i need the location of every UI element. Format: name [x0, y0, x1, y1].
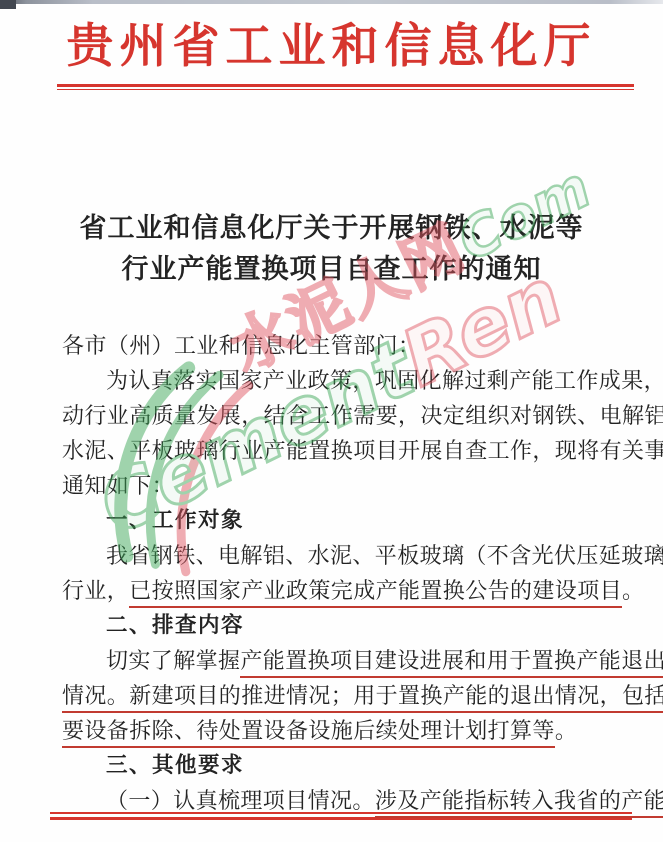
section3-line1: （一）认真梳理项目情况。涉及产能指标转入我省的产能置: [62, 783, 604, 818]
underlined-text: 已按照国家产业政策完成产能置换公告的建设项目: [129, 578, 622, 608]
scan-top-left-corner: [0, 0, 16, 9]
section2-line2: 情况。新建项目的推进情况；用于置换产能的退出情况，包括主: [62, 678, 604, 713]
underlined-text: 要设备拆除、待处置设备设施后续处理计划打算等: [62, 718, 555, 748]
divider-thin-line: [57, 89, 634, 90]
section-1-heading: 一、工作对象: [62, 503, 604, 538]
paragraph1-line4: 通知如下：: [62, 468, 604, 503]
section2-line3: 要设备拆除、待处置设备设施后续处理计划打算等。: [62, 713, 604, 748]
paragraph1-line3: 水泥、平板玻璃行业产能置换项目开展自查工作，现将有关事项: [62, 433, 604, 468]
document-title: 省工业和信息化厅关于开展钢铁、水泥等 行业产能置换项目自查工作的通知: [0, 208, 663, 290]
letterhead-divider: [57, 84, 634, 90]
underlined-text: 产能置换项目建设进展和用于置换产能退出: [240, 648, 663, 678]
document-body: 各市（州）工业和信息化主管部门： 为认真落实国家产业政策，巩固化解过剩产能工作成…: [62, 328, 604, 818]
paragraph1-line2: 动行业高质量发展，结合工作需要，决定组织对钢铁、电解铝、: [62, 398, 604, 433]
underlined-text: 涉及产能指标转入我省的产能置: [375, 788, 663, 818]
salutation-line: 各市（州）工业和信息化主管部门：: [62, 328, 604, 363]
scanned-document-page: 贵州省工业和信息化厅 水泥人网Com CementRen 省工业和信息化厅关于开…: [0, 0, 663, 842]
section2-line1: 切实了解掌握产能置换项目建设进展和用于置换产能退出: [62, 643, 604, 678]
paragraph1-line1: 为认真落实国家产业政策，巩固化解过剩产能工作成果，推: [62, 363, 604, 398]
scan-top-edge: [0, 0, 663, 4]
section-3-heading: 三、其他要求: [62, 748, 604, 783]
section-2-heading: 二、排查内容: [62, 608, 604, 643]
document-title-line-1: 省工业和信息化厅关于开展钢铁、水泥等: [0, 208, 663, 249]
document-title-line-2: 行业产能置换项目自查工作的通知: [0, 249, 663, 290]
letterhead-agency-title: 贵州省工业和信息化厅: [0, 16, 663, 78]
section1-line1: 我省钢铁、电解铝、水泥、平板玻璃（不含光伏压延玻璃）: [62, 538, 604, 573]
underlined-text: 情况。新建项目的推进情况；用于置换产能的退出情况，包括主: [62, 683, 663, 713]
salutation-text: 各市（州）工业和信息化主管部门：: [62, 333, 420, 358]
section1-line2: 行业，已按照国家产业政策完成产能置换公告的建设项目。: [62, 573, 604, 608]
divider-thick-line: [57, 84, 634, 87]
